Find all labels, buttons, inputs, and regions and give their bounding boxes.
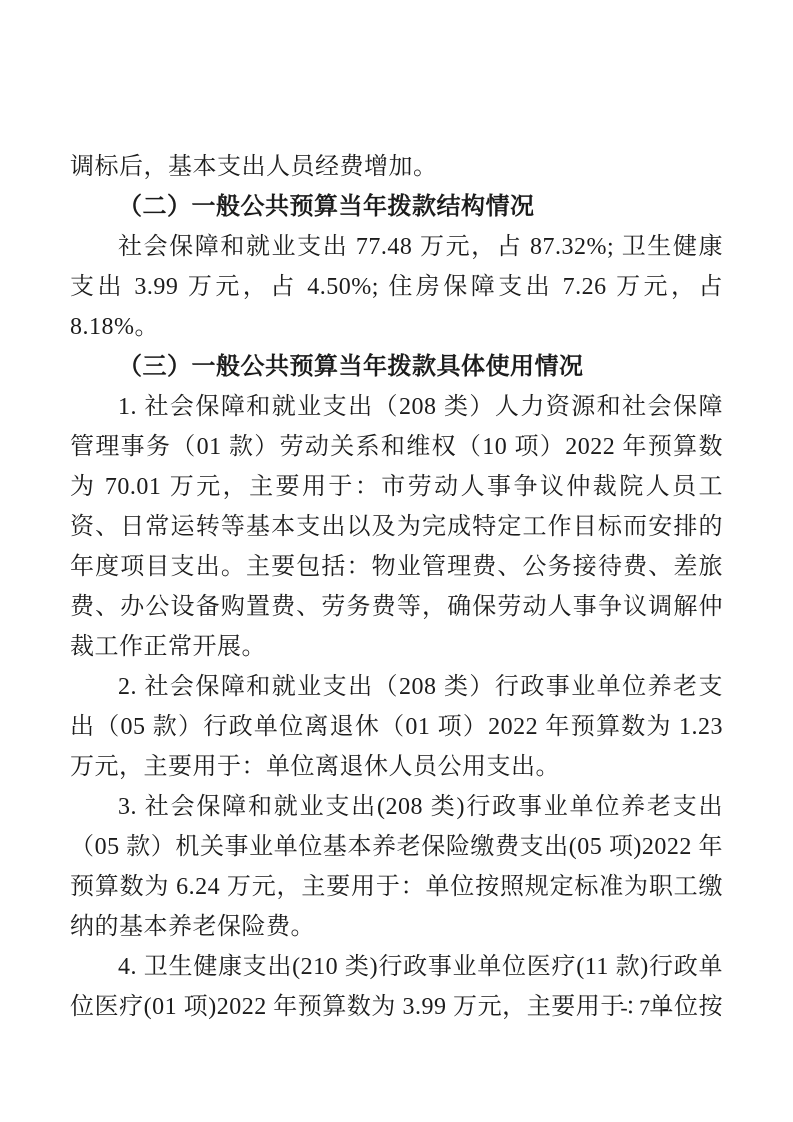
section-heading-funding-usage: （三）一般公共预算当年拨款具体使用情况 [70, 347, 723, 387]
page-number: - 7 - [620, 997, 672, 1019]
paragraph-item-1-social-security-employment: 1. 社会保障和就业支出（208 类）人力资源和社会保障管理事务（01 款）劳动… [70, 387, 723, 667]
document-body: 调标后，基本支出人员经费增加。 （二）一般公共预算当年拨款结构情况 社会保障和就… [70, 147, 723, 1027]
section-heading-funding-structure: （二）一般公共预算当年拨款结构情况 [70, 187, 723, 227]
paragraph-funding-structure: 社会保障和就业支出 77.48 万元，占 87.32%; 卫生健康支出 3.99… [70, 227, 723, 347]
paragraph-continuation: 调标后，基本支出人员经费增加。 [70, 147, 723, 187]
document-page: 调标后，基本支出人员经费增加。 （二）一般公共预算当年拨款结构情况 社会保障和就… [0, 0, 793, 1122]
paragraph-item-2-retirement: 2. 社会保障和就业支出（208 类）行政事业单位养老支出（05 款）行政单位离… [70, 667, 723, 787]
paragraph-item-3-pension-insurance: 3. 社会保障和就业支出(208 类)行政事业单位养老支出（05 款）机关事业单… [70, 787, 723, 947]
